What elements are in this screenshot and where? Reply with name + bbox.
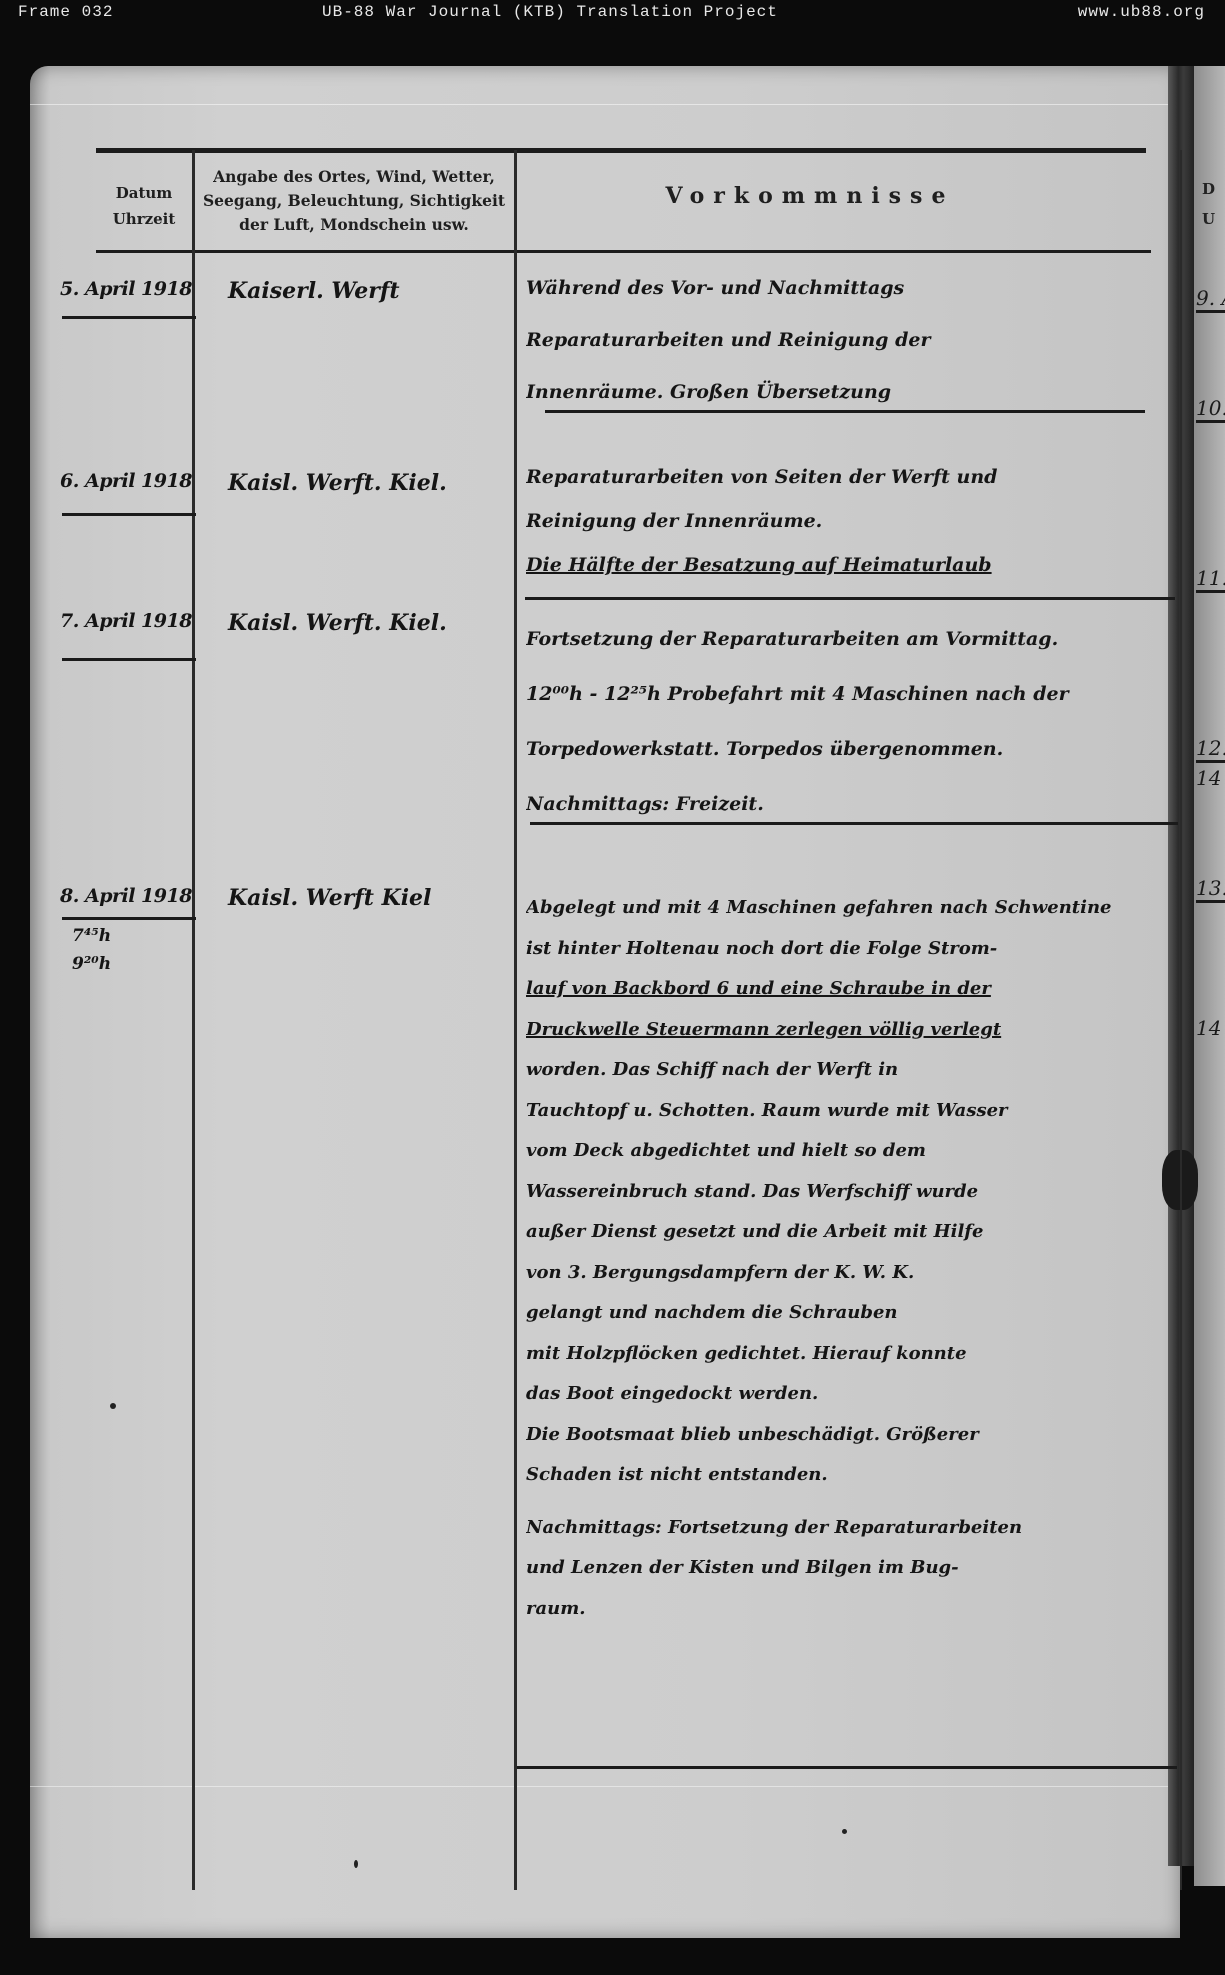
entry-date: 5. April 1918: [60, 278, 200, 300]
adjacent-page-header: D U: [1202, 174, 1215, 234]
adjacent-date: 14: [1196, 1016, 1221, 1040]
date-underline: [62, 316, 196, 319]
microfilm-caption-bar: Frame 032 UB-88 War Journal (KTB) Transl…: [0, 0, 1225, 28]
adjacent-date: 13.: [1196, 876, 1225, 903]
entry-separator: [530, 822, 1178, 825]
table-top-rule: [96, 148, 1146, 153]
dust-speck: [842, 1829, 847, 1834]
adjacent-date: 14: [1196, 766, 1221, 790]
scan-artifact-line: [30, 104, 1180, 105]
adjacent-date: 10. A: [1196, 396, 1225, 423]
entry-separator: [517, 1766, 1177, 1769]
right-border: [1180, 150, 1182, 1890]
date-underline: [62, 917, 196, 920]
adjacent-date: 9. Ap: [1196, 286, 1225, 313]
column-divider-1: [192, 150, 195, 1890]
adjacent-date: 12.: [1196, 736, 1225, 763]
project-title: UB-88 War Journal (KTB) Translation Proj…: [322, 3, 778, 21]
adjacent-date: 11. A: [1196, 566, 1225, 593]
entry-place: Kaisl. Werft. Kiel.: [228, 610, 508, 636]
header-bottom-rule: [96, 250, 1151, 253]
column-header-ort: Angabe des Ortes, Wind, Wetter, Seegang,…: [196, 165, 512, 237]
entry-place: Kaisl. Werft. Kiel.: [228, 470, 508, 496]
date-underline: [62, 513, 196, 516]
entry-text: Abgelegt und mit 4 Maschinen gefahren na…: [526, 888, 1166, 1629]
dust-speck: [354, 1860, 358, 1868]
entry-date: 6. April 1918: [60, 470, 200, 492]
entry-date: 8. April 1918: [60, 885, 200, 907]
entry-times: 7⁴⁵h 9²⁰h: [72, 922, 111, 978]
entry-place: Kaisl. Werft Kiel: [228, 885, 508, 911]
project-url: www.ub88.org: [1078, 3, 1205, 21]
column-divider-2: [514, 150, 517, 1890]
entry-separator: [525, 597, 1175, 600]
entry-text: Während des Vor- und Nachmittags Reparat…: [526, 262, 1166, 418]
entry-separator: [545, 410, 1145, 413]
entry-place: Kaiserl. Werft: [228, 278, 508, 304]
entry-date: 7. April 1918: [60, 610, 200, 632]
column-header-datum: Datum Uhrzeit: [98, 180, 190, 232]
entry-text: Fortsetzung der Reparaturarbeiten am Vor…: [526, 612, 1166, 832]
column-header-vorkommnisse: Vorkommnisse: [600, 183, 1020, 209]
date-underline: [62, 658, 196, 661]
adjacent-page-edge: D U 9. Ap 10. A 11. A 12. 14 13. 14: [1194, 66, 1225, 1886]
frame-number: Frame 032: [18, 3, 113, 21]
dust-speck: [110, 1403, 116, 1409]
entry-text: Reparaturarbeiten von Seiten der Werft u…: [526, 455, 1166, 587]
